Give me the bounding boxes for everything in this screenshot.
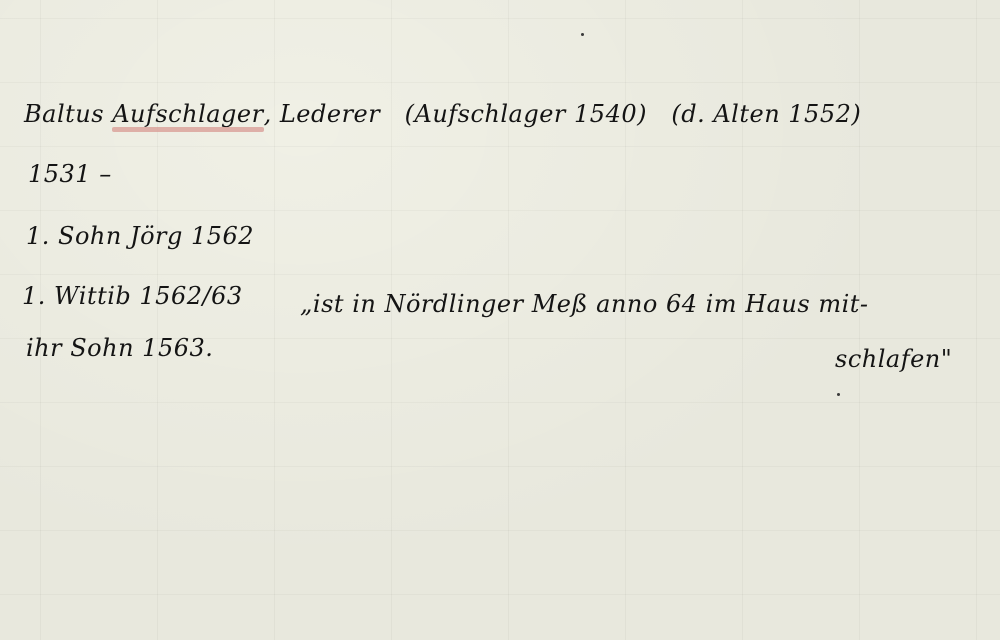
widow-line: 1. Wittib 1562/63 [22,282,243,310]
years-line: 1531 – [28,160,112,188]
alias-note: (Aufschlager 1540) [405,100,647,128]
card-header-line: Baltus Aufschlager, Lederer (Aufschlager… [24,100,861,128]
quote-line-2: schlafen" [835,345,952,373]
paper-speck [581,33,584,36]
son-line: 1. Sohn Jörg 1562 [26,222,254,250]
occupation: , Lederer [264,100,381,128]
quote-line-1: „ist in Nördlinger Meß anno 64 im Haus m… [300,290,869,318]
elder-note: (d. Alten 1552) [671,100,861,128]
son-2-line: ihr Sohn 1563. [26,334,213,362]
paper-speck [837,393,840,396]
index-card: Baltus Aufschlager, Lederer (Aufschlager… [0,0,1000,640]
surname-underlined: Aufschlager [112,100,263,128]
given-name: Baltus [24,100,104,128]
